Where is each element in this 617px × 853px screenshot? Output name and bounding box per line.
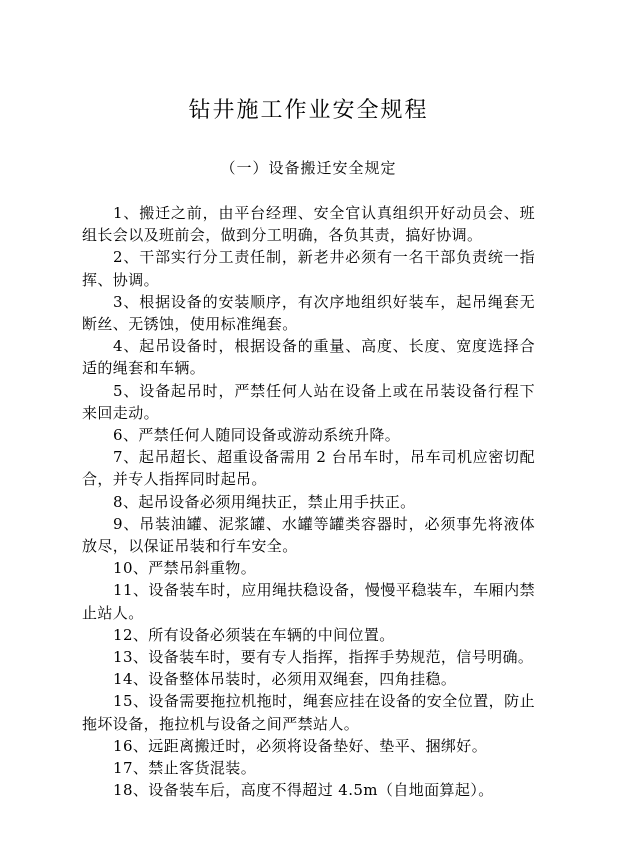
regulation-item-13: 13、设备装车时，要有专人指挥，指挥手势规范，信号明确。: [82, 646, 535, 668]
regulation-item-9: 9、吊装油罐、泥浆罐、水罐等罐类容器时，必须事先将液体放尽，以保证吊装和行车安全…: [82, 513, 535, 557]
regulation-item-8: 8、起吊设备必须用绳扶正，禁止用手扶正。: [82, 491, 535, 513]
regulation-item-10: 10、严禁吊斜重物。: [82, 557, 535, 579]
regulation-item-2: 2、干部实行分工责任制，新老井必须有一名干部负责统一指挥、协调。: [82, 246, 535, 290]
regulation-item-18: 18、设备装车后，高度不得超过 4.5m（自地面算起）。: [82, 779, 535, 801]
regulation-item-1: 1、搬迁之前，由平台经理、安全官认真组织开好动员会、班组长会以及班前会，做到分工…: [82, 202, 535, 246]
regulation-item-5: 5、设备起吊时，严禁任何人站在设备上或在吊装设备行程下来回走动。: [82, 380, 535, 424]
regulation-item-6: 6、严禁任何人随同设备或游动系统升降。: [82, 424, 535, 446]
section-heading: （一）设备搬迁安全规定: [0, 160, 617, 176]
regulation-item-11: 11、设备装车时，应用绳扶稳设备，慢慢平稳装车，车厢内禁止站人。: [82, 579, 535, 623]
regulation-item-3: 3、根据设备的安装顺序，有次序地组织好装车，起吊绳套无断丝、无锈蚀，使用标准绳套…: [82, 291, 535, 335]
document-page: 钻井施工作业安全规程 （一）设备搬迁安全规定 1、搬迁之前，由平台经理、安全官认…: [0, 0, 617, 853]
regulation-item-4: 4、起吊设备时，根据设备的重量、高度、长度、宽度选择合适的绳套和车辆。: [82, 335, 535, 379]
regulation-list: 1、搬迁之前，由平台经理、安全官认真组织开好动员会、班组长会以及班前会，做到分工…: [82, 202, 535, 801]
regulation-item-14: 14、设备整体吊装时，必须用双绳套，四角挂稳。: [82, 668, 535, 690]
document-title: 钻井施工作业安全规程: [0, 0, 617, 123]
regulation-item-17: 17、禁止客货混装。: [82, 757, 535, 779]
regulation-item-12: 12、所有设备必须装在车辆的中间位置。: [82, 624, 535, 646]
regulation-item-7: 7、起吊超长、超重设备需用 2 台吊车时，吊车司机应密切配合，并专人指挥同时起吊…: [82, 446, 535, 490]
regulation-item-16: 16、远距离搬迁时，必须将设备垫好、垫平、捆绑好。: [82, 735, 535, 757]
regulation-item-15: 15、设备需要拖拉机拖时，绳套应挂在设备的安全位置，防止拖坏设备，拖拉机与设备之…: [82, 690, 535, 734]
